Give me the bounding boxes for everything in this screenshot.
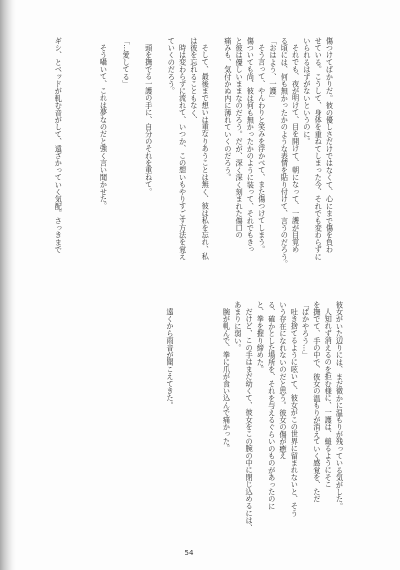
dialogue-column: 「ばかやろう…」 (302, 301, 311, 533)
text-column: は彼を忘れることもなく、 (190, 37, 199, 269)
text-column: 傷つけてばかりだ。彼の優しさだけではなくて、心にまで傷を負わ (326, 37, 335, 269)
text-column: せている。こうして、身体を重ねてしまった今、それでも変わらずに (314, 37, 323, 269)
text-column: る、確かとした場所を、それを与えるぐらいのものがあったのに (268, 301, 277, 533)
text-column: そう言って、やんわりと笑みを浮かべて、また傷つけてしまう。 (258, 37, 267, 269)
text-column: 腕が軋んで、拳に爪が食い込んで痛かった。 (223, 301, 232, 533)
text-column: を撫でて、手の中で、彼女の温もりが消えていく感覚を、ただ (313, 301, 322, 533)
text-column: 頭を撫でる一護の手に、自分のそれを重ねて。 (145, 37, 154, 269)
text-column: ギシ、とベッドが軋む音がして、遠ざかっていく気配。さっきまで (54, 37, 63, 269)
page-number: 54 (182, 549, 196, 557)
text-column: と、拳を握り締めた。 (256, 301, 265, 533)
text-column: あまりに弱い。 (234, 301, 243, 533)
text-column: いう存在になれないのだと思う。彼女の傷が癒え (279, 301, 288, 533)
text-column: だけど、この手はまだ幼くて、彼女をこの腕の中に閉じ込めるには、 (245, 301, 254, 533)
text-column: と彼は優しいままなのだろう。だが、深く深く刻まれた傷口の (235, 37, 244, 269)
dialogue-column: 「おはよう、一護」 (269, 37, 278, 269)
book-page: 傷つけてばかりだ。彼の優しさだけではなくて、心にまで傷を負わ せている。こうして… (0, 0, 400, 570)
text-column: 傷ついても尚、彼は何も無かったかのように装って、それでもきっ (246, 37, 255, 269)
dialogue-column: 「…愛してる」 (122, 37, 131, 269)
text-column: それでも、夜が明けて、目を開けて、朝になって、一護が目覚め (292, 37, 301, 269)
text-column: 吐き捨てるように呟いて、彼女がこの世界に留まれないと、そう (290, 301, 299, 533)
text-column: 時は変わらずに流れて、いつか、この想いもやりすごす方法を覚え (179, 37, 188, 269)
text-column: いられるはずがないというのに。 (303, 37, 312, 269)
lower-text-tier: 彼女がいた辺りには、まだ微かに温もりが残っている気がした。 人知れず消えるのを拒… (0, 301, 400, 533)
text-column: 人知れず消えるのを拒む様に、一護は、縋るようにそこ (324, 301, 333, 533)
upper-text-tier: 傷つけてばかりだ。彼の優しさだけではなくて、心にまで傷を負わ せている。こうして… (0, 37, 400, 269)
text-column: 彼女がいた辺りには、まだ微かに温もりが残っている気がした。 (336, 301, 345, 533)
text-column: 遠くから雨音が聞こえてきた。 (166, 301, 175, 533)
text-column: る頃には、何も無かったかのような表情を貼り付けて、言うのだろう。 (280, 37, 289, 269)
text-column: 痛みも、気付かぬ内に薄れていくのだろう。 (224, 37, 233, 269)
text-column: そして、最後まで想いは重なりあうことは無く、彼は私を忘れ、私 (201, 37, 210, 269)
text-column: ていくのだろう。 (167, 37, 176, 269)
text-column: そう囁いて、これは夢なのだと強く言い聞かせた。 (100, 37, 109, 269)
